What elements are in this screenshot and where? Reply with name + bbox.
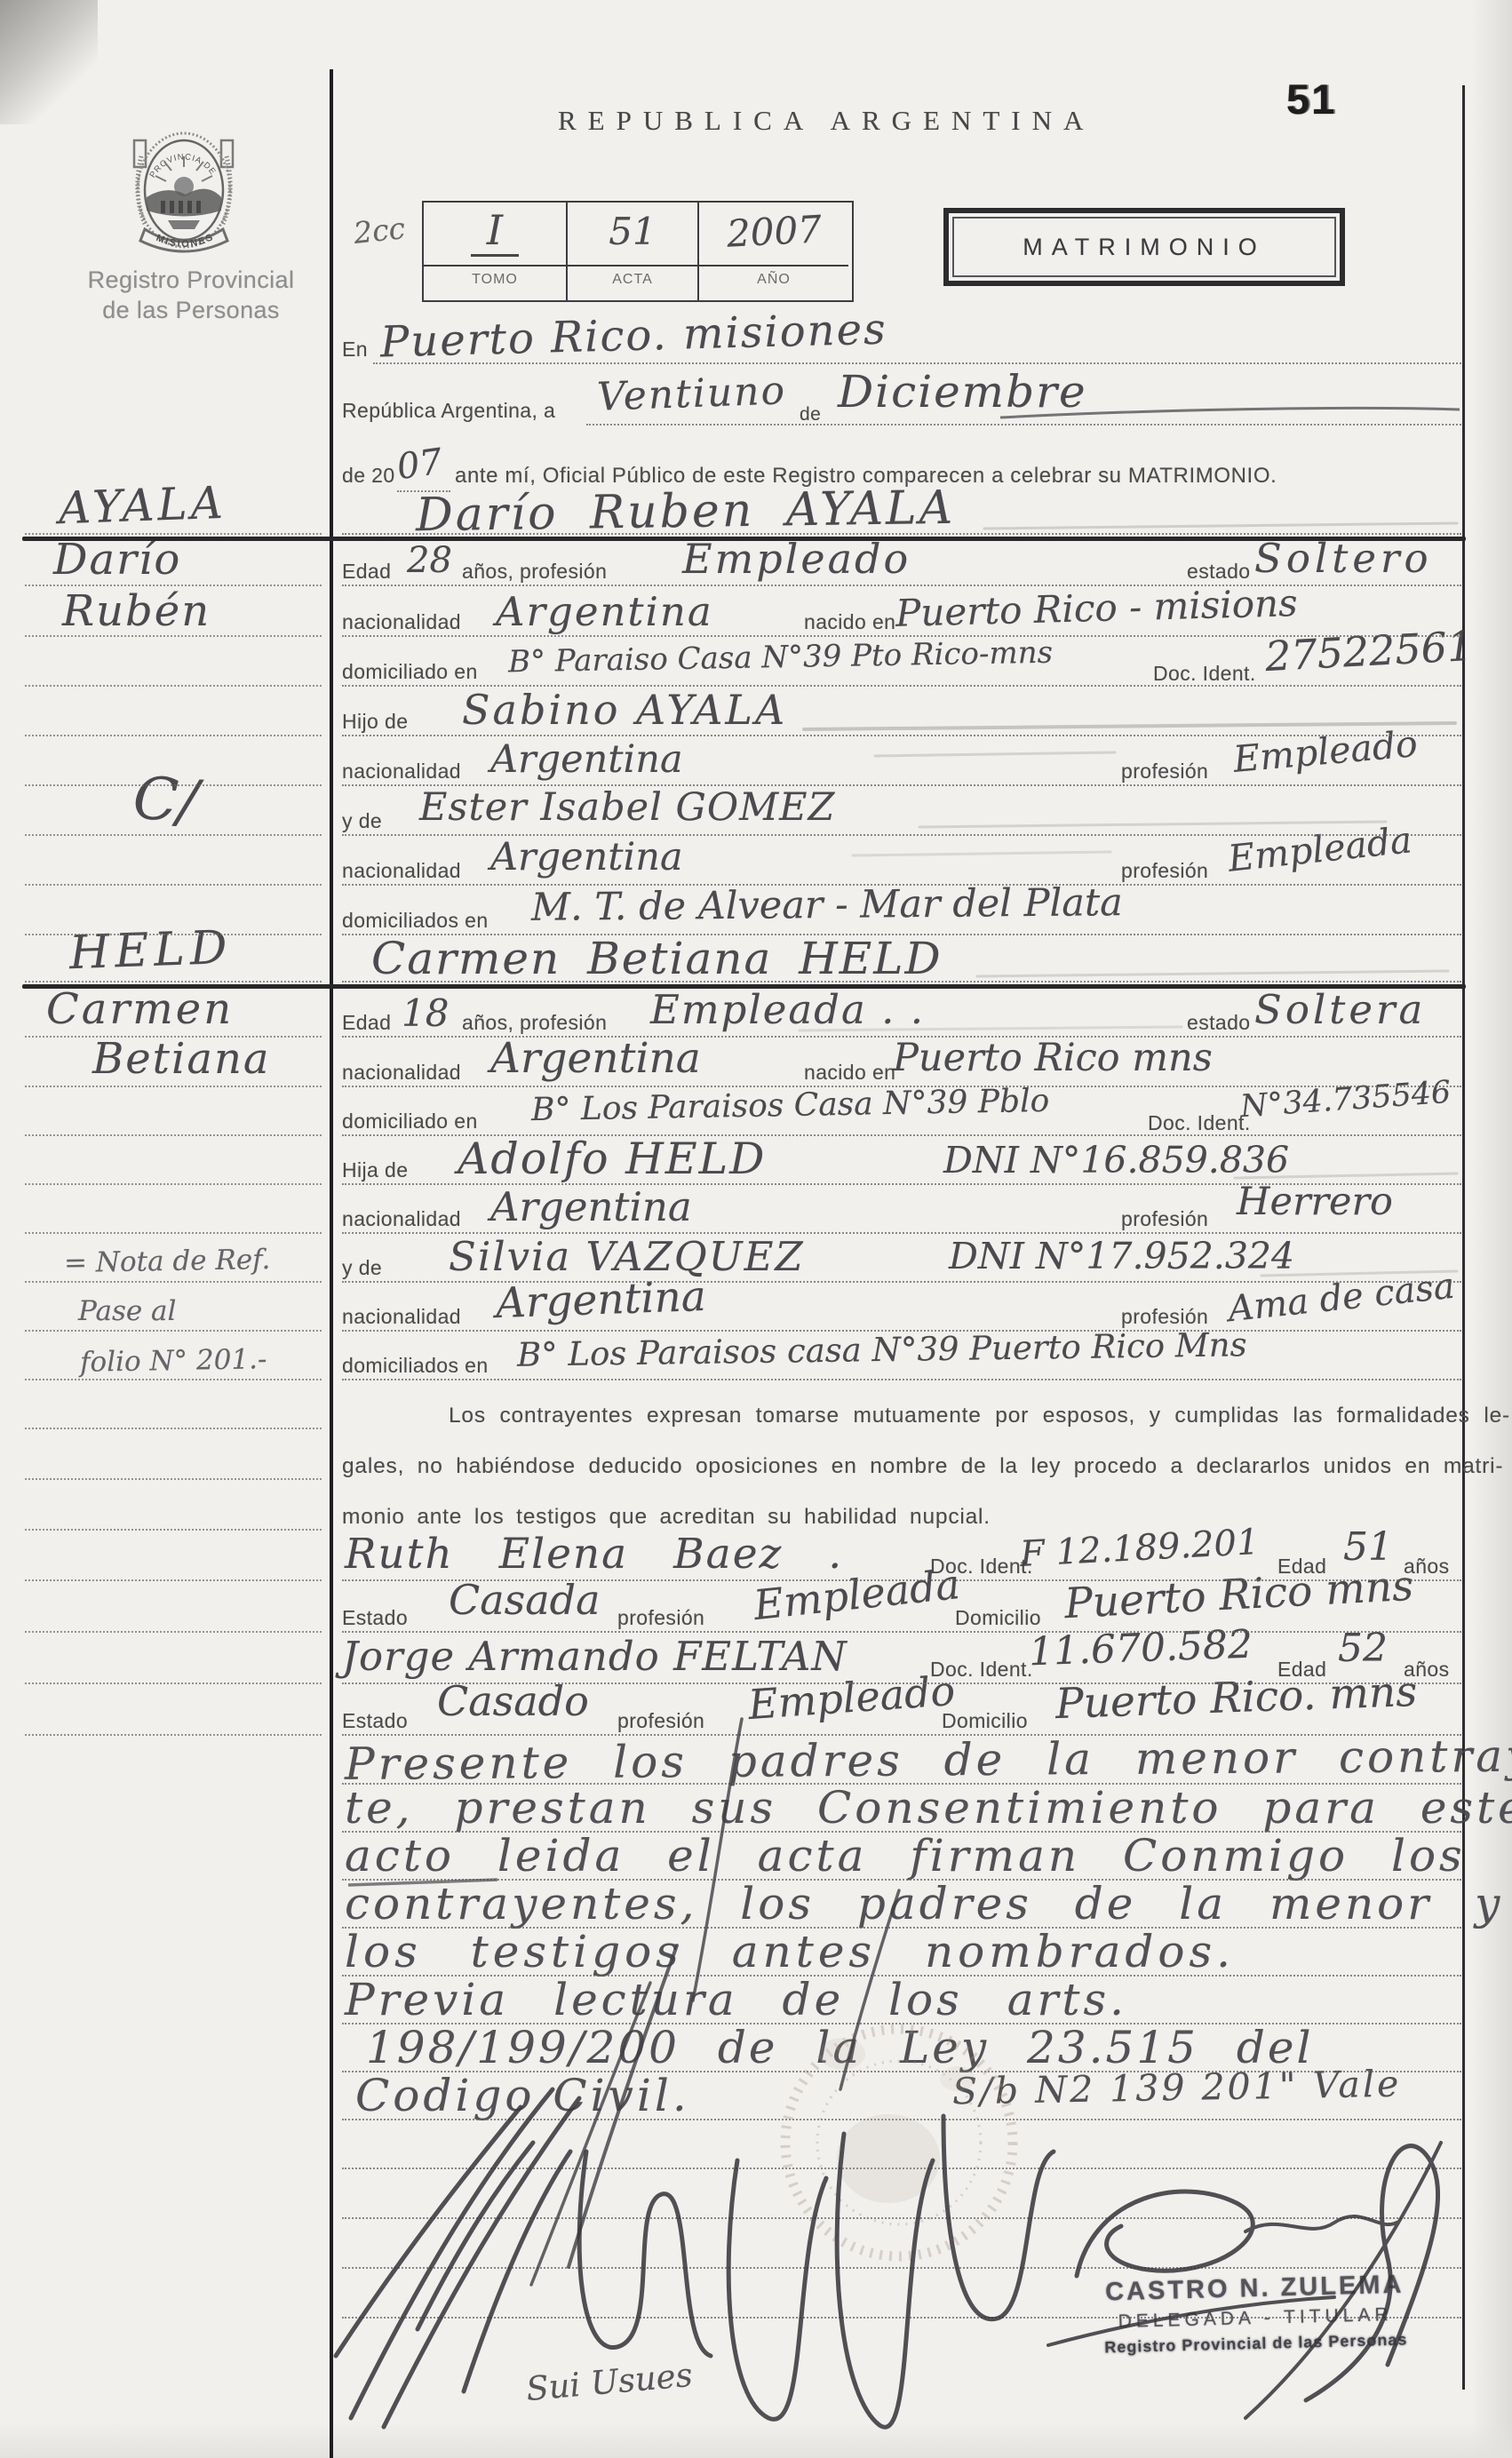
bride-nacido-label: nacido en (804, 1061, 895, 1085)
bride-padre-value: Adolfo HELD (458, 1134, 766, 1184)
margin-groom-name2: Rubén (62, 586, 211, 636)
margin-bride-name1: Carmen (46, 984, 234, 1034)
bride-padres-domicilio-value: B° Los Paraisos casa N°39 Puerto Rico Mn… (517, 1325, 1247, 1373)
margin-bride-name2: Betiana (92, 1034, 270, 1084)
bottom-edge-shadow (0, 2422, 1512, 2458)
dotted-line (342, 1232, 1461, 1234)
bride-nacido-value: Puerto Rico mns (893, 1036, 1213, 1080)
groom-profesion-value: Empleado (682, 535, 911, 583)
margin-ref-note-line2: Pase al (78, 1295, 176, 1327)
bride-domiciliado-label: domiciliado en (342, 1110, 478, 1134)
margin-dotted-line (25, 784, 322, 786)
corner-note: 2cc (352, 211, 407, 251)
groom-madre-nacionalidad-label: nacionalidad (342, 859, 461, 883)
year-value: 07 (394, 441, 445, 489)
dotted-line (342, 1134, 1461, 1136)
anio-label: AÑO (699, 265, 848, 300)
month-value: Diciembre (838, 366, 1087, 418)
dotted-line (342, 1281, 1461, 1283)
margin-dotted-line (25, 884, 322, 886)
corner-shadow (0, 0, 98, 124)
graphite-line (984, 523, 1457, 529)
margin-dotted-line (25, 1330, 322, 1332)
marriage-certificate-page: REPUBLICA ARGENTINA 51 2cc I 51 2007 TOM… (0, 0, 1512, 2458)
bride-madre-value: Silvia VAZQUEZ (449, 1233, 805, 1280)
dotted-line (342, 2119, 1461, 2120)
groom-padre-value: Sabino AYALA (462, 686, 787, 734)
closing-line8: Codigo Civil. (355, 2070, 690, 2121)
bride-name: Carmen Betiana HELD (371, 933, 943, 984)
margin-dotted-line (25, 685, 322, 687)
groom-padre-profesion-label: profesión (1121, 760, 1208, 784)
bride-edad-value: 18 (402, 991, 449, 1035)
dotted-line (342, 1183, 1461, 1185)
margin-ref-note-line1: = Nota de Ref. (64, 1244, 271, 1279)
margin-dotted-line (25, 1734, 322, 1736)
seal-bottom-text: MISIONES (155, 232, 217, 251)
witness2-doc-value: 11.670.582 (1028, 1622, 1253, 1675)
bride-profesion-value: Empleada . . (650, 986, 925, 1033)
graphite-line (853, 852, 1110, 855)
bride-domiciliados-label: domiciliados en (342, 1354, 489, 1378)
right-edge-shadow (1471, 0, 1512, 2458)
bride-yde-label: y de (342, 1256, 382, 1280)
witness1-doc-value: F 12.189.201 (1019, 1522, 1261, 1575)
bride-madre-nacionalidad-label: nacionalidad (342, 1305, 461, 1329)
dotted-line (342, 2168, 1461, 2169)
illegible-scrawl: Sui Usues (524, 2356, 694, 2408)
official-stamp: CASTRO N. ZULEMA DELEGADA - TITULAR Regi… (1046, 2269, 1465, 2359)
closing-line1: Presente los padres de la menor contraye… (345, 1730, 1512, 1790)
dotted-line (342, 2267, 1461, 2269)
margin-groom-name1: Darío (53, 535, 181, 585)
margin-dotted-line (25, 1428, 322, 1429)
dotted-line (342, 2217, 1461, 2219)
groom-edad-label: Edad (342, 560, 391, 584)
section-rule-bride (22, 984, 1466, 989)
dotted-line (342, 1975, 1461, 1977)
margin-dotted-line (25, 1579, 322, 1581)
witness2-domicilio-label: Domicilio (942, 1709, 1028, 1733)
bride-padre-dni-value: DNI N°16.859.836 (943, 1139, 1289, 1181)
bride-padre-profesion-value: Herrero (1237, 1180, 1393, 1224)
declaration-line1: Los contrayentes expresan tomarse mutuam… (449, 1404, 1510, 1428)
groom-madre-value: Ester Isabel GOMEZ (419, 785, 835, 830)
dotted-line (342, 784, 1461, 786)
dotted-line (342, 1831, 1461, 1833)
closing-line4: contrayentes, los padres de la menor y (345, 1878, 1503, 1929)
svg-text:MISIONES: MISIONES (155, 232, 217, 251)
witness1-profesion-label: profesión (617, 1606, 704, 1630)
margin-dotted-line (25, 1682, 322, 1684)
provincial-seal: PROVINCIA DE MISIONES (122, 126, 246, 261)
dotted-line (342, 1783, 1461, 1785)
bride-doc-value: N°34.735546 (1239, 1075, 1452, 1125)
anio-value: 2007 (725, 207, 822, 256)
bride-edad-label: Edad (342, 1011, 391, 1035)
margin-dotted-line (25, 585, 322, 586)
witness2-name: Jorge Armando FELTAN (342, 1633, 848, 1680)
bride-padre-profesion-label: profesión (1121, 1207, 1208, 1231)
witness1-domicilio-label: Domicilio (955, 1606, 1041, 1630)
dotted-line (342, 1631, 1461, 1633)
margin-bride-surname: HELD (68, 921, 234, 980)
groom-madre-profesion-label: profesión (1121, 859, 1208, 883)
margin-separator: C/ (131, 764, 200, 837)
groom-doc-label: Doc. Ident. (1153, 662, 1256, 686)
margin-dotted-line (25, 834, 322, 836)
dotted-line (342, 1330, 1461, 1332)
groom-edad-value: 28 (407, 540, 452, 581)
witness2-domicilio-value: Puerto Rico. mns (1054, 1667, 1418, 1729)
groom-estado-label: estado (1187, 560, 1250, 584)
witness1-estado-label: Estado (342, 1606, 408, 1630)
closing-line5: los testigos antes nombrados. (345, 1926, 1235, 1977)
dotted-line (342, 1379, 1461, 1380)
bride-domicilio-value: B° Los Paraisos Casa N°39 Pblo (531, 1083, 1050, 1128)
republica-label: República Argentina, a (342, 399, 555, 423)
tomo-label: TOMO (424, 265, 568, 300)
groom-domiciliado-label: domiciliado en (342, 660, 478, 684)
bride-doc-label: Doc. Ident. (1148, 1111, 1251, 1135)
groom-madre-profesion-value: Empleada (1226, 818, 1413, 879)
dotted-line (342, 1927, 1461, 1929)
dotted-line (342, 1086, 1461, 1087)
groom-domicilio-value: B° Paraiso Casa N°39 Pto Rico-mns (508, 635, 1054, 680)
groom-nacionalidad-value: Argentina (496, 588, 713, 635)
margin-groom-surname: AYALA (58, 477, 227, 535)
witness2-estado-label: Estado (342, 1709, 408, 1733)
dotted-line (373, 362, 1461, 364)
svg-text:PROVINCIA DE: PROVINCIA DE (147, 152, 218, 179)
groom-anos-profesion-label: años, profesión (462, 560, 607, 584)
margin-divider-line (330, 69, 333, 2458)
groom-doc-value: 27522561 (1264, 622, 1475, 680)
closing-line3: acto leida el acta firman Conmigo los (345, 1830, 1466, 1881)
groom-domiciliados-label: domiciliados en (342, 909, 489, 933)
page-number: 51 (1286, 75, 1336, 123)
right-border-line (1462, 85, 1465, 2390)
witness2-profesion-label: profesión (617, 1709, 704, 1733)
dotted-line (342, 2317, 1461, 2319)
declaration-line3: monio ante los testigos que acreditan su… (342, 1505, 991, 1530)
margin-dotted-line (25, 1232, 322, 1234)
bride-estado-value: Soltera (1254, 986, 1426, 1033)
graphite-line (919, 822, 1386, 827)
witness2-estado-value: Casado (437, 1677, 589, 1725)
dotted-line (342, 635, 1461, 637)
dotted-line (342, 585, 1461, 586)
margin-dotted-line (25, 1134, 322, 1136)
witness1-domicilio-value: Puerto Rico mns (1063, 1562, 1415, 1629)
bride-madre-profesion-label: profesión (1121, 1305, 1208, 1329)
margin-dotted-line (25, 1478, 322, 1480)
groom-padres-domicilio-value: M. T. de Alvear - Mar del Plata (531, 880, 1123, 930)
en-label: En (342, 338, 368, 362)
acta-value: 51 (609, 210, 656, 253)
groom-nacido-label: nacido en (804, 610, 895, 634)
bride-anos-profesion-label: años, profesión (462, 1011, 607, 1035)
dotted-line (342, 834, 1461, 836)
groom-padre-nacionalidad-label: nacionalidad (342, 760, 461, 784)
de20-label: de 20 (342, 464, 395, 488)
margin-dotted-line (25, 635, 322, 637)
tomo-value-cell: I (424, 203, 568, 265)
record-type-box: MATRIMONIO (943, 208, 1345, 286)
bride-estado-label: estado (1187, 1011, 1250, 1035)
dotted-line (342, 1879, 1461, 1881)
day-value: Ventiuno (596, 368, 787, 419)
org-name-line1: Registro Provincial (62, 266, 320, 294)
groom-hijo-label: Hijo de (342, 710, 408, 734)
margin-dotted-line (25, 1281, 322, 1283)
margin-dotted-line (25, 735, 322, 736)
bride-hija-label: Hija de (342, 1158, 408, 1182)
margin-dotted-line (25, 1529, 322, 1531)
de-label-1: de (800, 404, 821, 426)
record-type-label: MATRIMONIO (1023, 234, 1265, 261)
margin-dotted-line (25, 533, 322, 535)
groom-padre-profesion-value: Empleado (1231, 722, 1419, 781)
tomo-value: I (471, 206, 519, 257)
section-rule-groom (22, 537, 1466, 541)
anio-value-cell: 2007 (699, 203, 848, 265)
official-org: Registro Provincial de las Personas (1047, 2329, 1465, 2359)
dotted-line (342, 2023, 1461, 2024)
witness1-name: Ruth Elena Baez . (345, 1530, 843, 1579)
place-value: Puerto Rico. misiones (379, 305, 887, 368)
acta-value-cell: 51 (568, 203, 699, 265)
closing-line2: te, prestan sus Consentimiento para este (345, 1782, 1512, 1834)
dotted-line (342, 1682, 1461, 1684)
margin-dotted-line (25, 1086, 322, 1087)
margin-dotted-line (25, 1036, 322, 1038)
margin-dotted-line (25, 934, 322, 935)
dotted-line (397, 490, 450, 492)
dotted-line (342, 934, 1461, 935)
margin-dotted-line (25, 1183, 322, 1185)
dotted-line (342, 685, 1461, 687)
dotted-line (342, 1579, 1461, 1581)
dotted-line (342, 981, 1461, 982)
bride-nacionalidad-value: Argentina (490, 1034, 701, 1083)
graphite-line (977, 971, 1448, 976)
registry-table: I 51 2007 TOMO ACTA AÑO (422, 201, 854, 302)
groom-padre-nacionalidad-value: Argentina (490, 737, 683, 782)
groom-madre-nacionalidad-value: Argentina (490, 835, 683, 879)
margin-ref-note-line3: folio N° 201.- (80, 1343, 267, 1379)
groom-estado-value: Soltero (1254, 535, 1433, 582)
dotted-line (342, 884, 1461, 886)
dotted-line (342, 735, 1461, 736)
page-title: REPUBLICA ARGENTINA (558, 105, 1094, 137)
dotted-line (342, 2071, 1461, 2072)
groom-nacido-value: Puerto Rico - misions (895, 581, 1298, 635)
dotted-line (342, 533, 1461, 535)
margin-dotted-line (25, 981, 322, 982)
org-name-line2: de las Personas (62, 297, 320, 324)
margin-dotted-line (25, 1379, 322, 1380)
bride-padre-nacionalidad-value: Argentina (490, 1183, 692, 1230)
margin-dotted-line (25, 1631, 322, 1633)
bride-nacionalidad-label: nacionalidad (342, 1061, 461, 1085)
seal-top-text: PROVINCIA DE (147, 152, 218, 179)
graphite-line (875, 752, 1115, 756)
bride-padre-nacionalidad-label: nacionalidad (342, 1207, 461, 1231)
bride-madre-dni-value: DNI N°17.952.324 (949, 1235, 1294, 1277)
acta-label: ACTA (568, 265, 699, 300)
groom-yde-label: y de (342, 809, 382, 833)
groom-nacionalidad-label: nacionalidad (342, 610, 461, 634)
official-name: CASTRO N. ZULEMA (1046, 2269, 1464, 2309)
dotted-line (342, 1036, 1461, 1038)
witness1-estado-value: Casada (449, 1576, 601, 1624)
signature-stroke-group (336, 2089, 1441, 2427)
declaration-line2: gales, no habiéndose deducido oposicione… (342, 1454, 1503, 1479)
dotted-line (342, 1734, 1461, 1736)
dotted-line (586, 424, 1461, 426)
closing-line6: Previa lectura de los arts. (345, 1974, 1127, 2025)
